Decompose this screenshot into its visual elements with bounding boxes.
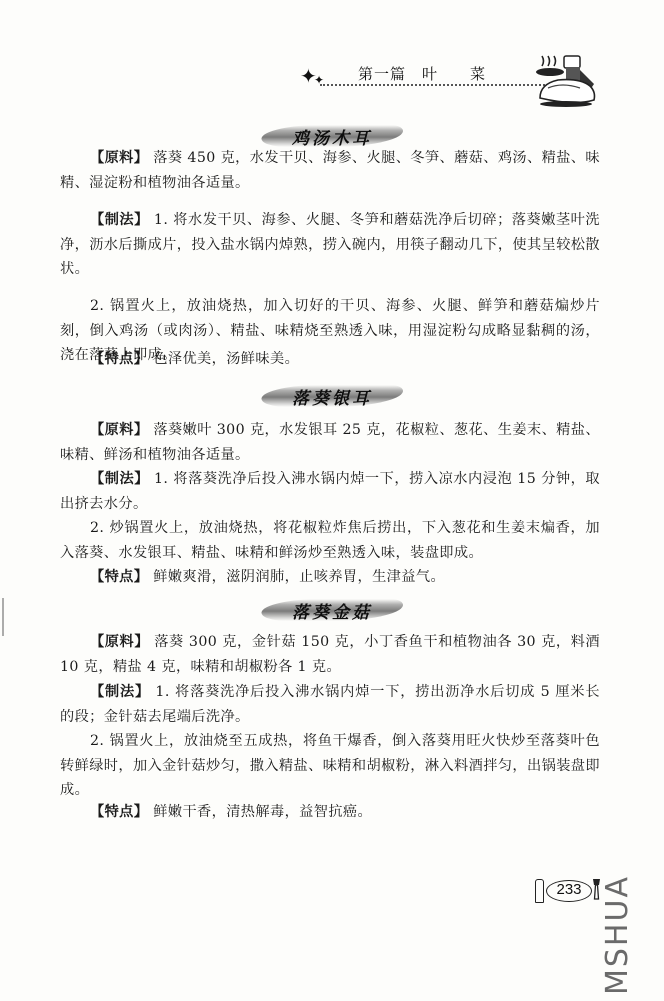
recipe-title-banner: 落葵金菇 xyxy=(262,595,402,625)
method-step-text: 2. 炒锅置火上，放油烧热，将花椒粒炸焦后捞出，下入葱花和生姜末煸香，加入落葵、… xyxy=(60,520,600,561)
features-label: 【特点】 xyxy=(90,351,148,367)
chef-with-steaming-dish-icon xyxy=(534,52,612,112)
page-number-badge: 233 xyxy=(532,878,604,904)
book-page: ✦ ✦ 第一篇 叶 菜 鸡汤木耳 【原料】 落葵 450 克，水发干贝、海参、火… xyxy=(0,0,664,1001)
ingredients-label: 【原料】 xyxy=(90,422,148,438)
method-label: 【制法】 xyxy=(90,212,149,228)
dotted-rule xyxy=(320,84,548,86)
page-number: 233 xyxy=(546,881,592,898)
features-label: 【特点】 xyxy=(90,569,148,585)
ingredients-paragraph: 【原料】 落葵 450 克，水发干贝、海参、火腿、冬笋、蘑菇、鸡汤、精盐、味精、… xyxy=(60,146,600,195)
watermark: MSHUA xyxy=(600,875,635,995)
recipe-title: 落葵银耳 xyxy=(262,384,402,409)
recipe-title-banner: 落葵银耳 xyxy=(262,381,402,411)
method-step-1: 【制法】 1. 将落葵洗净后投入沸水锅内焯一下，捞入凉水内浸泡 15 分钟，取出… xyxy=(60,467,600,516)
knife-icon xyxy=(535,879,544,903)
features-label: 【特点】 xyxy=(90,804,148,820)
recipe-title: 落葵金菇 xyxy=(262,598,402,623)
features-paragraph: 【特点】 鲜嫩干香，清热解毒，益智抗癌。 xyxy=(60,800,600,825)
method-step-1: 【制法】 1. 将落葵洗净后投入沸水锅内焯一下，捞出沥净水后切成 5 厘米长的段… xyxy=(60,680,600,729)
chapter-title: 第一篇 叶 菜 xyxy=(358,63,486,84)
running-header: ✦ ✦ 第一篇 叶 菜 xyxy=(300,62,540,92)
method-label: 【制法】 xyxy=(90,684,150,700)
method-step-text: 2. 锅置火上，放油烧至五成热，将鱼干爆香，倒入落葵用旺火快炒至落葵叶色转鲜绿时… xyxy=(60,733,600,798)
features-paragraph: 【特点】 色泽优美，汤鲜味美。 xyxy=(60,347,600,372)
method-step-2: 2. 锅置火上，放油烧至五成热，将鱼干爆香，倒入落葵用旺火快炒至落葵叶色转鲜绿时… xyxy=(60,729,600,803)
ingredients-paragraph: 【原料】 落葵 300 克，金针菇 150 克，小丁香鱼干和植物油各 30 克，… xyxy=(60,630,600,679)
ingredients-paragraph: 【原料】 落葵嫩叶 300 克，水发银耳 25 克，花椒粒、葱花、生姜末、精盐、… xyxy=(60,418,600,467)
ingredients-label: 【原料】 xyxy=(90,150,148,166)
features-paragraph: 【特点】 鲜嫩爽滑，滋阴润肺，止咳养胃，生津益气。 xyxy=(60,565,600,590)
scan-margin-mark xyxy=(2,598,4,636)
method-step-1: 【制法】 1. 将水发干贝、海参、火腿、冬笋和蘑菇洗净后切碎；落葵嫩茎叶洗净，沥… xyxy=(60,208,600,282)
features-text: 鲜嫩干香，清热解毒，益智抗癌。 xyxy=(153,804,372,820)
features-text: 鲜嫩爽滑，滋阴润肺，止咳养胃，生津益气。 xyxy=(153,569,445,585)
features-text: 色泽优美，汤鲜味美。 xyxy=(153,351,299,367)
method-label: 【制法】 xyxy=(90,471,149,487)
method-step-2: 2. 炒锅置火上，放油烧热，将花椒粒炸焦后捞出，下入葱花和生姜末煸香，加入落葵、… xyxy=(60,516,600,565)
ingredients-label: 【原料】 xyxy=(90,634,149,650)
